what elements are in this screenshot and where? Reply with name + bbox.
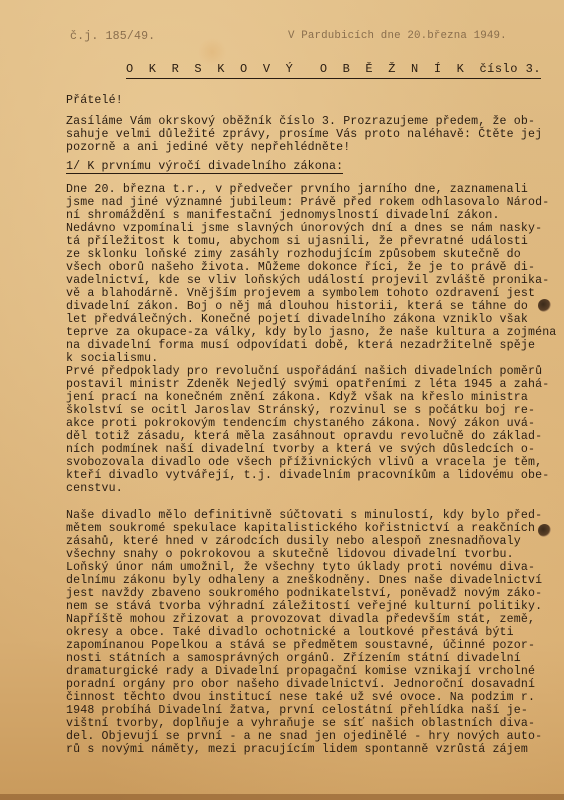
body-line: Napříště mohou zřizovat a provozovat div…	[66, 613, 535, 626]
body-line: nem se stává tvorba výhradní záležitostí…	[66, 600, 542, 613]
title-text: O K R S K O V Ý O B Ě Ž N Í K	[126, 62, 468, 76]
body-line: censtvu.	[66, 482, 123, 495]
section-heading: 1/ K prvnímu výročí divadelního zákona:	[66, 160, 343, 174]
body-line: dramaturgické rady a Divadelní propagačn…	[66, 665, 535, 678]
body-line: vě a blahodárně. Vnějším projevem a symb…	[66, 287, 535, 300]
body-line: ní shromáždění s manifestační jednomysln…	[66, 209, 500, 222]
body-line: ních podmínek naší divadelní tvorby a kt…	[66, 443, 535, 456]
body-line: školství se ocitl Jaroslav Stránský, roz…	[66, 404, 535, 417]
body-line: jsme nad jiné významné jubileum: Právě p…	[66, 196, 549, 209]
body-line: let předválečných. Konečné pojetí divade…	[66, 313, 528, 326]
body-line: Loňský únor nám umožnil, že všechny tyto…	[66, 561, 535, 574]
body-line: teprve za okupace-za války, kdy bylo jas…	[66, 326, 556, 339]
intro-line-3: pozorně a ani jediné věty nepřehlédněte!	[66, 141, 350, 154]
body-line: tá příležitost k tomu, abychom si ujasni…	[66, 235, 528, 248]
body-line: všech oborů našeho života. Můžeme dokonc…	[66, 261, 535, 274]
body-line: akce proti pokrokovým tendencím chystané…	[66, 417, 535, 430]
document-title: O K R S K O V Ý O B Ě Ž N Í K číslo 3.	[126, 62, 541, 79]
body-line: ze sklonku loňské zimy zasáhly rozhodují…	[66, 248, 521, 261]
body-line: rů s novými náměty, mezi pracujícím lide…	[66, 743, 528, 756]
salutation: Přátelé!	[66, 94, 123, 107]
body-line: del. Objevují se první - a ne snad jen o…	[66, 730, 542, 743]
body-line: vištní tvorby, doplňuje a vyhraňuje se s…	[66, 717, 535, 730]
body-line: děl totiž zásadu, která měla zasáhnout o…	[66, 430, 542, 443]
body-line: delnímu zákonu byly odhaleny a zneškodně…	[66, 574, 542, 587]
body-line: Dne 20. března t.r., v předvečer prvního…	[66, 183, 528, 196]
body-line: na divadelní forma musí odpovídati době,…	[66, 339, 535, 352]
body-line: poradní orgány pro obor našeho divadelni…	[66, 678, 535, 691]
title-number: číslo 3.	[479, 62, 541, 76]
intro-line-1: Zasíláme Vám okrskový oběžník číslo 3. P…	[66, 115, 535, 128]
body-line: Nedávno vzpomínali jsme slavných únorový…	[66, 222, 542, 235]
body-line: Prvé předpoklady pro revoluční uspořádán…	[66, 365, 542, 378]
body-line: nosti státních a samosprávných orgánů. Z…	[66, 652, 521, 665]
intro-line-2: sahuje velmi důležité zprávy, prosíme Vá…	[66, 128, 542, 141]
place-and-date: V Pardubicích dne 20.března 1949.	[288, 30, 507, 43]
punch-hole	[538, 299, 551, 312]
body-line: kteří divadlo vytvářejí, t.j. divadelním…	[66, 469, 549, 482]
body-line: vadelnictví, kde se vliv loňských událos…	[66, 274, 549, 287]
body-line: činnost těchto dvou institucí nese také …	[66, 691, 535, 704]
body-line: svobozovala divadlo ode všech příživnick…	[66, 456, 542, 469]
punch-hole	[538, 524, 551, 537]
body-line: mětem soukromé spekulace kapitalistickéh…	[66, 522, 535, 535]
body-line: všechny snahy o pokrokovou a skutečně li…	[66, 548, 514, 561]
body-line: divadelní zákon. Boj o něj má dlouhou hi…	[66, 300, 528, 313]
body-line: jest navždy zbaveno soukromého podnikate…	[66, 587, 542, 600]
reference-number: č.j. 185/49.	[70, 30, 155, 43]
body-line: zapomínanou Popelkou a stává se předměte…	[66, 639, 535, 652]
body-line: okresy a obce. Také divadlo ochotnické a…	[66, 626, 514, 639]
body-line: Naše divadlo mělo definitivně súčtovati …	[66, 509, 542, 522]
body-line: zásahů, které hned v zárodcích dusily ne…	[66, 535, 521, 548]
body-line: 1948 probíhá Divadelní žatva, první celo…	[66, 704, 528, 717]
body-line: postavil ministr Zdeněk Nejedlý svými op…	[66, 378, 549, 391]
body-line: jení prací na konečném znění zákona. Kdy…	[66, 391, 528, 404]
typewritten-circular-page: č.j. 185/49. V Pardubicích dne 20.března…	[0, 0, 564, 800]
body-line: k socialismu.	[66, 352, 158, 365]
